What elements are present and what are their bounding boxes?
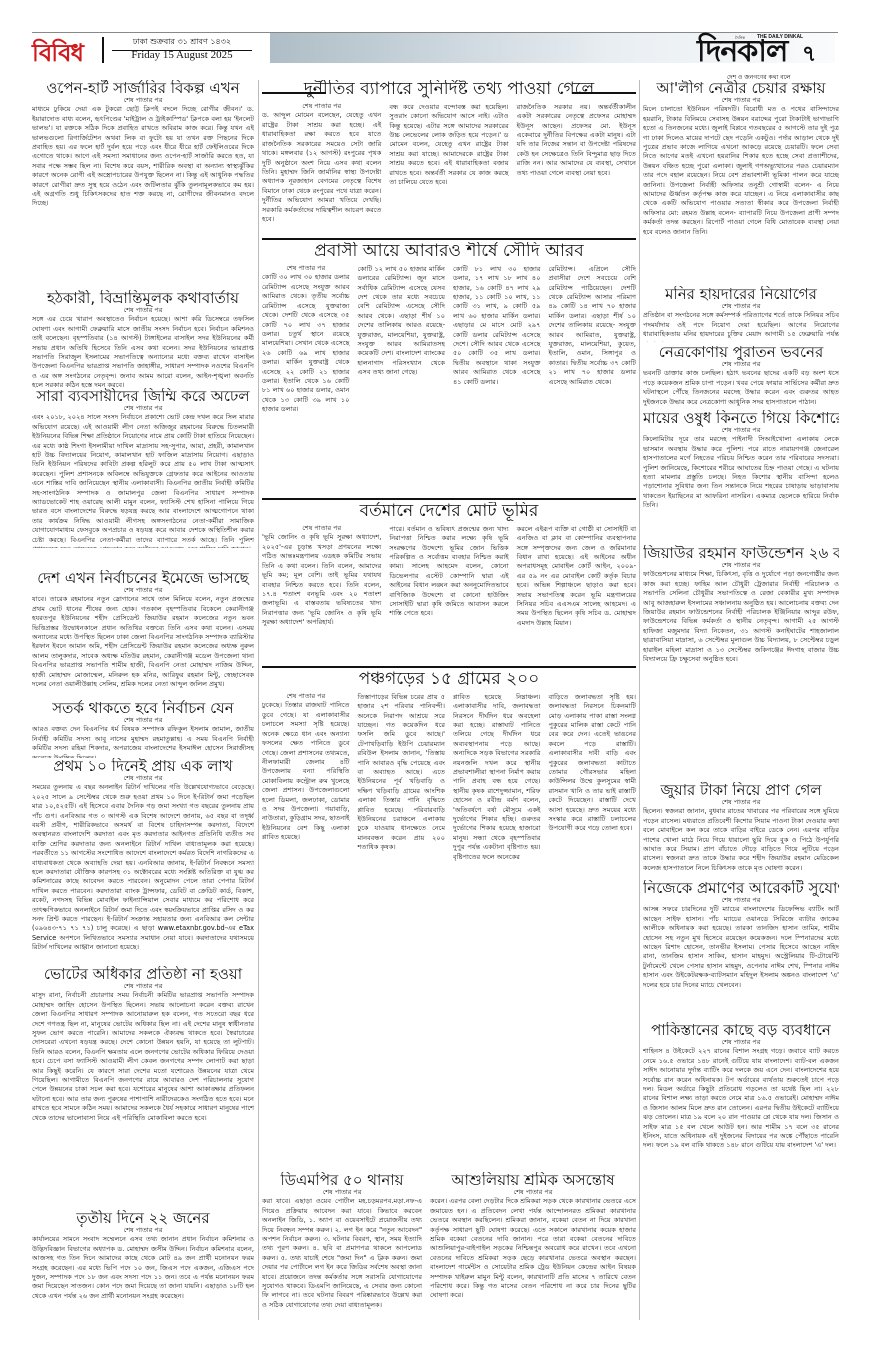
column-divider — [639, 80, 640, 1320]
article-netrokona: নেত্রকোণায় পুরাতন ভবনের শেষ পাতার পর ভব… — [643, 344, 839, 410]
article-body: ফাউন্ডেশনের মাধ্যমে শিক্ষা, চিকিৎসা, বৃত… — [643, 570, 839, 664]
continued-label: শেষ পাতার পর — [643, 562, 839, 570]
continued-label: শেষ পাতার পর — [643, 897, 839, 905]
headline: জিয়াউর রহমান ফাউন্ডেশন ২৬ বছর — [643, 545, 839, 562]
article-body: মাধ্যমে ঢুকিয়ে দেয়া এক টুকরো ছোট্ট ক্ল… — [32, 105, 254, 208]
article-body: কিলোমিটার দূরে তার মরদেহ পাইনাদী সিআইখোল… — [643, 435, 839, 510]
article-body: আরও বক্তব্য দেন বিএনপির ধর্ম বিষয়ক সম্প… — [32, 725, 254, 758]
article-body-col3: কোটি ৮১ লাখ ৩০ হাজার ডলার, ১৭ লাখ ১৮ লাখ… — [453, 265, 541, 415]
article-juyar-taka: জুয়ার টাকা নিয়ে প্রাণ গেল শেষ পাতার পর… — [643, 782, 839, 880]
continued-label: শেষ পাতার পর — [262, 525, 381, 533]
headline: প্রবাসী আয়ে আবারও শীর্ষে সৌদি আরব — [262, 242, 636, 261]
article-pakistan: পাকিস্তানের কাছে বড় ব্যবধানে শেষ পাতার … — [643, 1022, 839, 1322]
article-body: করেন। এরপর বেলা দেড়টার দিকে শ্রমিকরা সড… — [430, 1197, 636, 1300]
article-prothom-10: প্রথম ১০ দিনেই প্রায় এক লাখ শেষ পাতার প… — [32, 758, 254, 966]
article-body: ছিলেন। স্বজনরা জানান, বুধবার রাতের খাবার… — [643, 807, 839, 873]
article-sara-bebshayi: সারা ব্যবসায়ীদের জিম্মি করে অঢেল শেষ পা… — [32, 388, 254, 548]
article-body: প্রতিষ্ঠান বা সংগঠনের সঙ্গে কর্মসম্পর্ক … — [643, 311, 839, 342]
headline: পঞ্চগড়ের ১৫ গ্রামের ২০০ — [262, 670, 636, 689]
newspaper-logo: দৈনিক THE DAILY DINKAL দিনকাল দেশ ও জনগণ… — [697, 33, 817, 81]
article-body: এবং ২০১৮, ২০২৪ সালে সংসদ নির্বাচনে প্রকা… — [32, 413, 254, 548]
continued-label: শেষ পাতার পর — [643, 303, 839, 311]
article-ashulia: আশুলিয়ায় শ্রমিক অসন্তোষ শেষ পাতার পর ক… — [430, 1172, 636, 1332]
article-nijeke-praman: নিজেকে প্রমাণের আরেকটি সুযোগ শেষ পাতার প… — [643, 880, 839, 1020]
headline: দুর্নীতির ব্যাপারে সুনির্দিষ্ট তথ্য পাওয… — [262, 80, 636, 99]
continued-label: শেষ পাতার পর — [32, 717, 254, 725]
headline: বর্তমানে দেশের মোট ভূমির — [262, 502, 636, 521]
headline: নিজেকে প্রমাণের আরেকটি সুযোগ — [643, 880, 839, 897]
logo-wordmark: দিনকাল — [697, 37, 787, 67]
article-ponchogorer: পঞ্চগড়ের ১৫ গ্রামের ২০০ শেষ পাতার পর ঢু… — [262, 670, 636, 1170]
article-body: সময়ের তুলনায় এ বছর অনলাইন রিটার্ন দাখি… — [32, 783, 254, 952]
article-mayer-oshudh: মায়ের ওষুধ কিনতে গিয়ে কিশোরের শেষ পাতা… — [643, 410, 839, 540]
continued-label: শেষ পাতার পর — [262, 693, 350, 701]
headline: সতর্ক থাকতে হবে নির্বাচন যেন — [32, 700, 254, 717]
headline: সারা ব্যবসায়ীদের জিম্মি করে অঢেল — [32, 388, 254, 405]
article-zia-foundation: জিয়াউর রহমান ফাউন্ডেশন ২৬ বছর শেষ পাতার… — [643, 545, 839, 781]
article-shotorko: সতর্ক থাকতে হবে নির্বাচন যেন শেষ পাতার প… — [32, 700, 254, 758]
article-body-col2: বন্ধ করে দেওয়ার বন্দোবস্ত করা হয়েছিল। … — [389, 103, 508, 225]
article-body-col1: ঢুকেছে। তিস্তার রাজঘাট পানিতে ডুবে গেছে।… — [262, 701, 350, 842]
article-body: করা যাবে। এছাড়া ওয়েব পোর্টাল মহ.চড়মরপ… — [262, 1197, 422, 1310]
continued-label: শেষ পাতার পর — [643, 361, 839, 369]
article-body: আসন্ন সফরে চারদিনের দুটি ম্যাচের বাংলাদে… — [643, 905, 839, 990]
article-body-col2: তিস্তাপাড়ের বিভিন্ন চরের প্রায় ৫ হাজার… — [358, 693, 446, 862]
continued-label: শেষ পাতার পর — [262, 103, 381, 111]
headline: ভোটের অধিকার প্রতিষ্ঠা না হওয়া — [32, 966, 254, 983]
headline: নেত্রকোণায় পুরাতন ভবনের — [643, 344, 839, 361]
article-tritiyo-dine: তৃতীয় দিনে ২২ জনের শেষ পাতার পর কার্যাল… — [32, 1210, 254, 1320]
article-aliig: আ'লীগ নেত্রীর চেয়ার রক্ষায় শেষ পাতার প… — [643, 80, 839, 285]
headline: হঠকারী, বিভ্রান্তিমূলক কথাবার্তায় — [32, 290, 254, 307]
continued-label: শেষ পাতার পর — [262, 265, 350, 273]
continued-label: শেষ পাতার পর — [32, 307, 254, 315]
article-bortoman: বর্তমানে দেশের মোট ভূমির শেষ পাতার পর 'ভ… — [262, 502, 636, 662]
masthead: বিবিধ ঢাকা শুক্রবার ৩১ শ্রাবণ ১৪৩২ Frida… — [32, 32, 838, 62]
headline: দেশ এখন নির্বাচনের ইমেজে ভাসছে — [32, 570, 254, 587]
continued-label: শেষ পাতার পর — [32, 1227, 254, 1235]
article-body: ভবনটি ডাক্তার কাজ চলছিল। হঠাৎ ভবনের ছাদে… — [643, 369, 839, 407]
article-body-col2: পারে। বর্তমান ও ভবিষ্যৎ প্রজন্মের জন্য খ… — [389, 525, 508, 628]
continued-label: শেষ পাতার পর — [262, 1189, 422, 1197]
headline: ওপেন-হার্ট সার্জারির বিকল্প এখন — [32, 80, 254, 97]
article-body: সঙ্গে এর চেয়ে খারাপ অবস্থাতেও নির্বাচন … — [32, 315, 254, 388]
headline: জুয়ার টাকা নিয়ে প্রাণ গেল — [643, 782, 839, 799]
article-body-col3: করলে এইরূপ ব্যক্তি বা গোষ্ঠী বা সোসাইটি … — [517, 525, 636, 628]
continued-label: শেষ পাতার পর — [32, 775, 254, 783]
masthead-divider — [102, 37, 104, 63]
continued-label: শেষ পাতার পর — [32, 587, 254, 595]
newspaper-page: বিবিধ ঢাকা শুক্রবার ৩১ শ্রাবণ ১৪৩২ Frida… — [0, 0, 870, 1352]
article-body-col1: ড. আব্দুল মোমেন বলেছেন, যেহেতু এখন রাষ্ট… — [262, 111, 381, 224]
section-rule — [262, 498, 636, 500]
section-rule — [262, 666, 636, 668]
article-body: শাহিনস ৪ উইকেটে ২২৭ রানের বিশাল সংগ্রহ গ… — [643, 1047, 839, 1150]
article-body: মিলে চালাতো ইউনিয়ন পরিষদটি। বিরোধী মত ও… — [643, 105, 839, 237]
article-body-col3: রাজনৈতিক সরকার নয়। অন্তর্বর্তীকালীন একট… — [517, 103, 636, 225]
article-open-heart: ওপেন-হার্ট সার্জারির বিকল্প এখন শেষ পাতা… — [32, 80, 254, 260]
article-probashi: প্রবাসী আয়ে আবারও শীর্ষে সৌদি আরব শেষ প… — [262, 242, 636, 492]
continued-label: শেষ পাতার পর — [32, 983, 254, 991]
article-body-col1: কোটি ৩০ লাখ ৩০ হাজার ডলার রেমিট্যান্স এস… — [262, 273, 350, 414]
headline: মায়ের ওষুধ কিনতে গিয়ে কিশোরের — [643, 410, 839, 427]
article-body-col4: বাড়িতে জলাবদ্ধতা সৃষ্টি হয়। জলাবদ্ধতা … — [549, 693, 637, 862]
article-body-col3: প্লাবিত হয়েছে নিম্নাঞ্চল। এলাকাবাসীর দা… — [453, 693, 541, 862]
article-body: মাসুদ রানা, নির্বাচনী প্রচারণার সময় নির… — [32, 991, 254, 1123]
article-desh-ekhon: দেশ এখন নির্বাচনের ইমেজে ভাসছে শেষ পাতার… — [32, 570, 254, 700]
continued-label: শেষ পাতার পর — [643, 97, 839, 105]
section-rule — [262, 238, 636, 240]
headline: প্রথম ১০ দিনেই প্রায় এক লাখ — [32, 758, 254, 775]
article-body-col2: কোটি ১২ লাখ ৫০ হাজার মার্কিন ডলারের রেমি… — [358, 265, 446, 415]
article-body: কার্যালয়ের সামনে সংবাদ সম্মেলনে এসব তথ্… — [32, 1235, 254, 1301]
continued-label: শেষ পাতার পর — [643, 799, 839, 807]
article-monir: মনির হায়দারের নিয়োগের শেষ পাতার পর প্র… — [643, 286, 839, 342]
article-dmp-50: ডিএমপির ৫০ থানায় শেষ পাতার পর করা যাবে।… — [262, 1172, 422, 1332]
headline: মনির হায়দারের নিয়োগের — [643, 286, 839, 303]
headline: ডিএমপির ৫০ থানায় — [262, 1172, 422, 1189]
continued-label: শেষ পাতার পর — [430, 1189, 636, 1197]
article-body-col4: রেমিট্যান্স। এপ্রিলে সৌদি প্রবাসীরা দেশে… — [549, 265, 637, 415]
article-body: যাবে। তারেক রহমানের নতুন স্লোগানের সাথে … — [32, 595, 254, 689]
headline: পাকিস্তানের কাছে বড় ব্যবধানে — [643, 1022, 839, 1039]
continued-label: শেষ পাতার পর — [32, 405, 254, 413]
article-body-col1: 'ভূমি জোনিং ও কৃষি ভূমি সুরক্ষা অধ্যাদেশ… — [262, 533, 381, 627]
continued-label: শেষ পাতার পর — [643, 427, 839, 435]
section-title: বিবিধ — [32, 35, 83, 75]
article-voter-odhikar: ভোটের অধিকার প্রতিষ্ঠা না হওয়া শেষ পাতা… — [32, 966, 254, 1166]
article-hothokari: হঠকারী, বিভ্রান্তিমূলক কথাবার্তায় শেষ প… — [32, 290, 254, 388]
headline: আশুলিয়ায় শ্রমিক অসন্তোষ — [430, 1172, 636, 1189]
headline: আ'লীগ নেত্রীর চেয়ার রক্ষায় — [643, 80, 839, 97]
article-durnitir: দুর্নীতির ব্যাপারে সুনির্দিষ্ট তথ্য পাওয… — [262, 80, 636, 235]
column-divider — [258, 80, 259, 1320]
headline: তৃতীয় দিনে ২২ জনের — [32, 1210, 254, 1227]
continued-label: শেষ পাতার পর — [32, 97, 254, 105]
date-english: Friday 15 August 2025 — [112, 49, 252, 61]
continued-label: শেষ পাতার পর — [643, 1039, 839, 1047]
page-number: ৭ — [802, 37, 816, 74]
